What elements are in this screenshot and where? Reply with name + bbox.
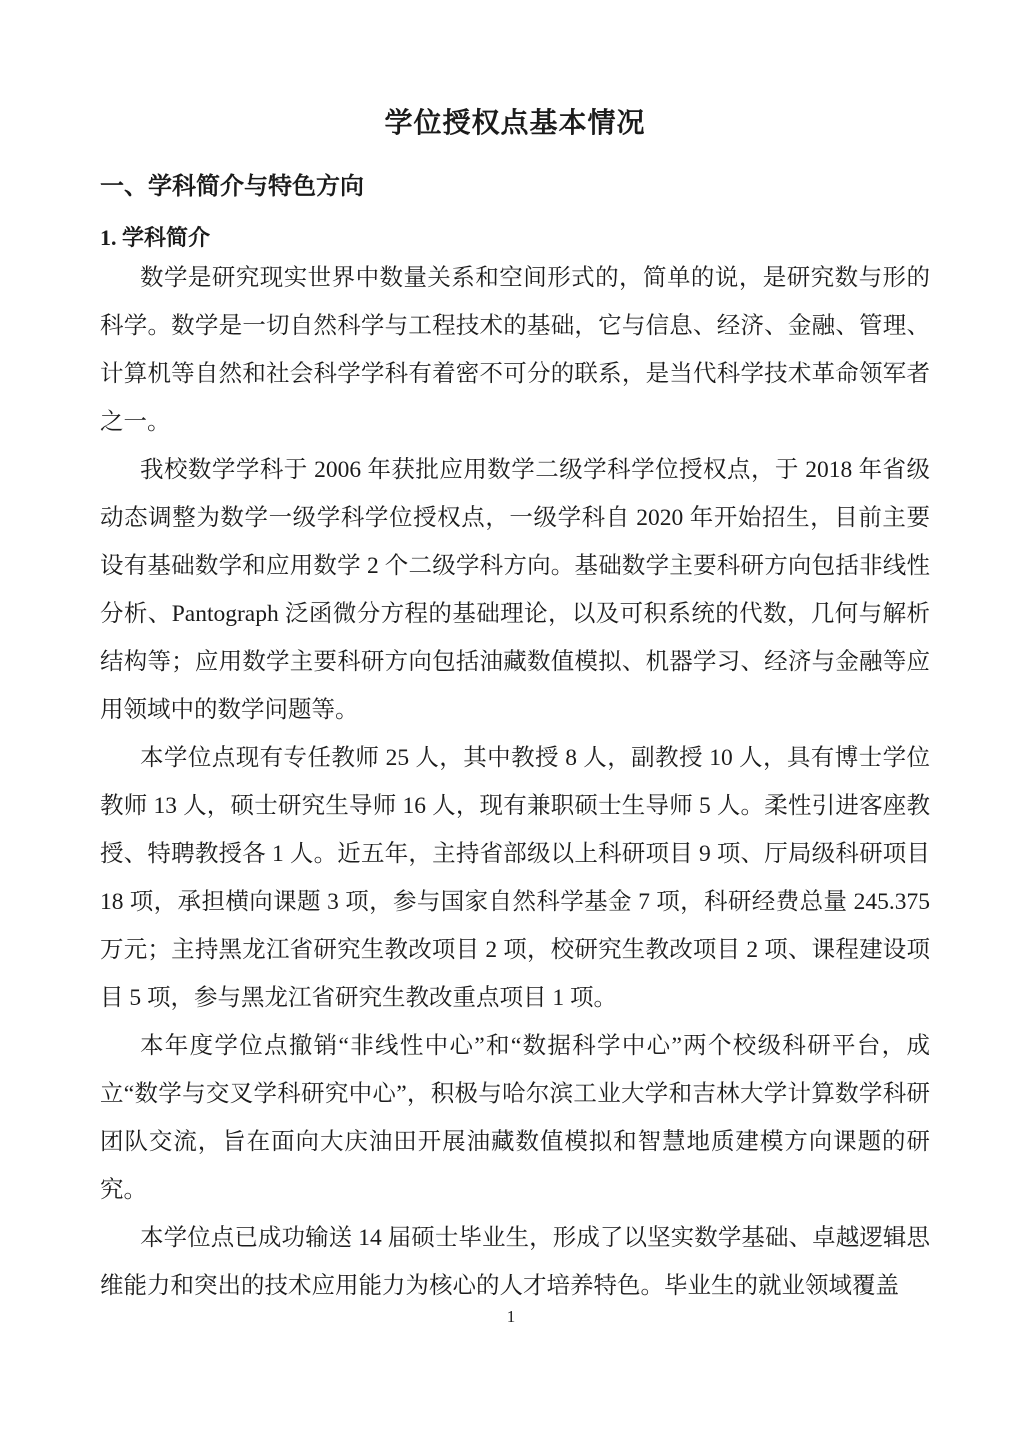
paragraph-graduates: 本学位点已成功输送 14 届硕士毕业生，形成了以坚实数学基础、卓越逻辑思维能力和… [100, 1214, 930, 1310]
paragraph-faculty-and-projects: 本学位点现有专任教师 25 人，其中教授 8 人，副教授 10 人，具有博士学位… [100, 734, 930, 1022]
document-page: 学位授权点基本情况 一、学科简介与特色方向 1. 学科简介 数学是研究现实世界中… [0, 0, 1022, 1433]
paragraph-discipline-intro: 数学是研究现实世界中数量关系和空间形式的，简单的说，是研究数与形的科学。数学是一… [100, 254, 930, 446]
subsection-heading: 1. 学科简介 [100, 222, 930, 254]
paragraph-degree-point-history: 我校数学学科于 2006 年获批应用数学二级学科学位授权点，于 2018 年省级… [100, 446, 930, 734]
paragraph-research-platforms: 本年度学位点撤销“非线性中心”和“数据科学中心”两个校级科研平台，成立“数学与交… [100, 1022, 930, 1214]
section-heading: 一、学科简介与特色方向 [100, 170, 930, 204]
page-number: 1 [0, 1306, 1022, 1328]
document-content: 学位授权点基本情况 一、学科简介与特色方向 1. 学科简介 数学是研究现实世界中… [0, 0, 1022, 1310]
document-title: 学位授权点基本情况 [100, 0, 930, 144]
